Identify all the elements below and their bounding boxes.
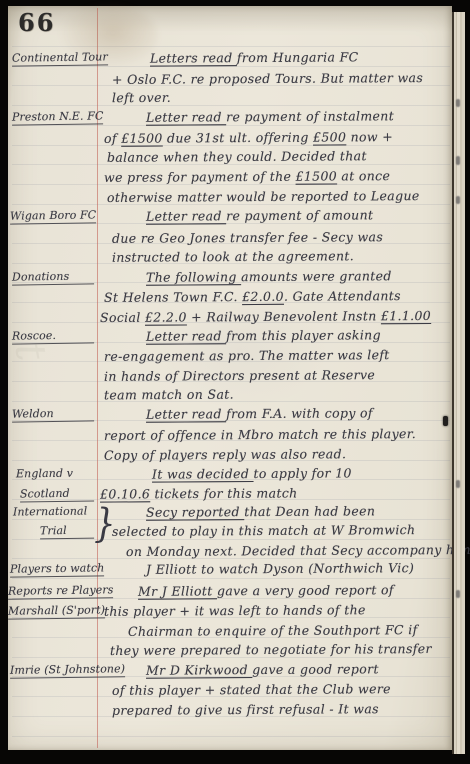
- body-text-segment: Mr J Elliott: [138, 583, 217, 598]
- body-line: selected to play in this match at W Brom…: [112, 522, 415, 539]
- body-text-segment: from this player asking: [226, 327, 381, 343]
- body-text-segment: gave a good report: [252, 661, 379, 677]
- body-text-segment: It was decided: [152, 466, 254, 482]
- ruled-line: [12, 125, 450, 126]
- body-text-segment: otherwise matter would be reported to Le…: [107, 188, 420, 205]
- margin-brace: }: [94, 501, 116, 547]
- body-text-segment: Letter read: [146, 109, 226, 124]
- body-text-segment: £2.2.0: [145, 309, 187, 324]
- body-text-segment: in hands of Directors present at Reserve: [104, 367, 375, 384]
- body-text-segment: £500: [313, 129, 346, 144]
- body-line: on Monday next. Decided that Secy accomp…: [126, 542, 470, 559]
- body-line: we press for payment of the £1500 at onc…: [104, 168, 390, 185]
- next-page-fore-edge: [452, 12, 465, 754]
- body-text-segment: . Gate Attendants: [284, 288, 401, 304]
- body-line: re-engagement as pro. The matter was lef…: [104, 347, 390, 364]
- margin-label: Continental Tour: [12, 50, 108, 66]
- body-text-segment: £1500: [121, 131, 163, 146]
- ruled-line: [12, 105, 450, 106]
- body-line: left over.: [112, 90, 171, 105]
- body-text-segment: £0.10.6: [100, 486, 150, 501]
- body-line: instructed to look at the agreement.: [112, 248, 354, 264]
- body-text-segment: + Oslo F.C. re proposed Tours. But matte…: [112, 70, 423, 87]
- body-line: St Helens Town F.C. £2.0.0. Gate Attenda…: [104, 288, 401, 305]
- body-line: It was decided to apply for 10: [152, 465, 352, 481]
- ruled-line: [12, 578, 450, 579]
- body-text-segment: Secy reported: [146, 504, 244, 520]
- body-line: Letter read re payment of instalment: [146, 108, 394, 125]
- body-text-segment: at once: [337, 168, 390, 183]
- margin-label: Imrie (St Johnstone): [10, 662, 125, 679]
- body-text-segment: Letter read: [146, 406, 226, 421]
- body-line: this player + it was left to hands of th…: [104, 602, 366, 619]
- ruled-line: [12, 164, 450, 165]
- edge-writing-mark: [456, 590, 460, 598]
- margin-label: Players to watch: [10, 561, 105, 577]
- edge-writing-mark: [456, 196, 460, 204]
- body-line: they were prepared to negotiate for his …: [110, 641, 432, 658]
- body-text-segment: we press for payment of the: [104, 169, 296, 185]
- body-line: Chairman to enquire of the Southport FC …: [128, 622, 418, 639]
- ruled-line: [12, 736, 450, 737]
- body-text-segment: from F.A. with copy of: [226, 405, 373, 421]
- body-text-segment: Social: [100, 310, 145, 325]
- margin-label: Weldon: [12, 406, 94, 422]
- body-text-segment: £2.0.0: [242, 289, 284, 304]
- body-text-segment: on Monday next. Decided that Secy accomp…: [126, 542, 470, 559]
- body-line: Letter read re payment of amount: [146, 207, 373, 223]
- body-text-segment: Copy of players reply was also read.: [104, 446, 346, 462]
- body-line: of £1500 due 31st ult. offering £500 now…: [104, 129, 393, 146]
- body-text-segment: amounts were granted: [241, 268, 392, 284]
- margin-label: Wigan Boro FC: [10, 208, 96, 224]
- body-line: Secy reported that Dean had been: [146, 503, 375, 519]
- body-text-segment: St Helens Town F.C.: [104, 289, 242, 305]
- body-text-segment: re-engagement as pro. The matter was lef…: [104, 347, 390, 364]
- body-line: report of offence in Mbro match re this …: [104, 426, 416, 443]
- body-text-segment: now +: [346, 129, 393, 144]
- margin-label: International: [13, 504, 87, 518]
- body-text-segment: of: [104, 131, 121, 146]
- body-text-segment: J Elliott to watch Dyson (Northwich Vic): [146, 560, 414, 577]
- body-line: + Oslo F.C. re proposed Tours. But matte…: [112, 70, 423, 87]
- ink-blot: [443, 416, 448, 426]
- edge-writing-mark: [456, 480, 460, 488]
- body-line: Mr J Elliott gave a very good report of: [138, 582, 394, 599]
- margin-label: Roscoe.: [12, 328, 94, 344]
- edge-writing-mark: [456, 99, 460, 107]
- body-text-segment: Chairman to enquire of the Southport FC …: [128, 622, 418, 639]
- body-text-segment: team match on Sat.: [104, 387, 234, 403]
- margin-label: Scotland: [20, 486, 94, 502]
- body-line: £0.10.6 tickets for this match: [100, 485, 298, 501]
- margin-label: Preston N.E. FC: [12, 109, 104, 125]
- body-text-segment: £1.1.00: [381, 308, 431, 323]
- body-text-segment: this player + it was left to hands of th…: [104, 602, 366, 619]
- body-text-segment: left over.: [112, 90, 171, 105]
- body-line: otherwise matter would be reported to Le…: [107, 188, 420, 205]
- body-text-segment: instructed to look at the agreement.: [112, 248, 354, 264]
- body-text-segment: due 31st ult. offering: [163, 130, 313, 146]
- body-text-segment: Letter read: [146, 328, 226, 343]
- ruled-line: [12, 66, 450, 67]
- body-line: due re Geo Jones transfer fee - Secy was: [112, 229, 383, 246]
- body-line: Copy of players reply was also read.: [104, 446, 346, 462]
- body-line: The following amounts were granted: [146, 268, 392, 285]
- body-text-segment: gave a very good report of: [217, 582, 394, 598]
- body-text-segment: £1500: [296, 168, 338, 183]
- body-line: J Elliott to watch Dyson (Northwich Vic): [146, 560, 414, 577]
- body-text-segment: that Dean had been: [244, 503, 375, 519]
- margin-label: Donations: [12, 269, 94, 285]
- body-text-segment: of this player + stated that the Club we…: [112, 681, 391, 698]
- body-line: Mr D Kirkwood gave a good report: [146, 661, 379, 677]
- body-line: Social £2.2.0 + Railway Benevolent Instn…: [100, 308, 431, 325]
- body-line: Letter read from F.A. with copy of: [146, 405, 373, 421]
- body-text-segment: tickets for this match: [150, 485, 297, 501]
- body-line: of this player + stated that the Club we…: [112, 681, 391, 698]
- body-text-segment: due re Geo Jones transfer fee - Secy was: [112, 229, 383, 246]
- body-line: Letter read from this player asking: [146, 327, 381, 343]
- page-number: 66: [18, 8, 55, 37]
- body-text-segment: re payment of instalment: [226, 108, 394, 124]
- margin-label: Reports re Players: [8, 583, 114, 599]
- body-text-segment: Mr D Kirkwood: [146, 662, 252, 678]
- margin-label: Trial: [40, 524, 94, 540]
- body-text-segment: they were prepared to negotiate for his …: [110, 641, 432, 658]
- minute-book-photo: t 66 Letters read from Hungaria FCContin…: [0, 0, 470, 764]
- body-text-segment: Letter read: [146, 208, 226, 223]
- body-line: in hands of Directors present at Reserve: [104, 367, 375, 384]
- body-text-segment: Letters read: [150, 50, 237, 66]
- body-text-segment: prepared to give us first refusal - It w…: [112, 701, 379, 718]
- body-text-segment: selected to play in this match at W Brom…: [112, 522, 415, 539]
- body-line: balance when they could. Decided that: [107, 148, 367, 165]
- body-line: Letters read from Hungaria FC: [150, 49, 359, 65]
- edge-writing-mark: [456, 156, 460, 165]
- body-line: prepared to give us first refusal - It w…: [112, 701, 379, 718]
- body-text-segment: report of offence in Mbro match re this …: [104, 426, 416, 443]
- body-text-segment: from Hungaria FC: [237, 49, 359, 65]
- margin-label: Marshall (S'port): [8, 603, 105, 619]
- body-text-segment: re payment of amount: [226, 207, 373, 223]
- margin-label: England v: [16, 467, 73, 481]
- body-text-segment: The following: [146, 269, 241, 285]
- body-text-segment: to apply for 10: [253, 465, 351, 481]
- body-text-segment: + Railway Benevolent Instn: [187, 308, 381, 324]
- body-line: team match on Sat.: [104, 387, 234, 403]
- body-text-segment: balance when they could. Decided that: [107, 148, 367, 165]
